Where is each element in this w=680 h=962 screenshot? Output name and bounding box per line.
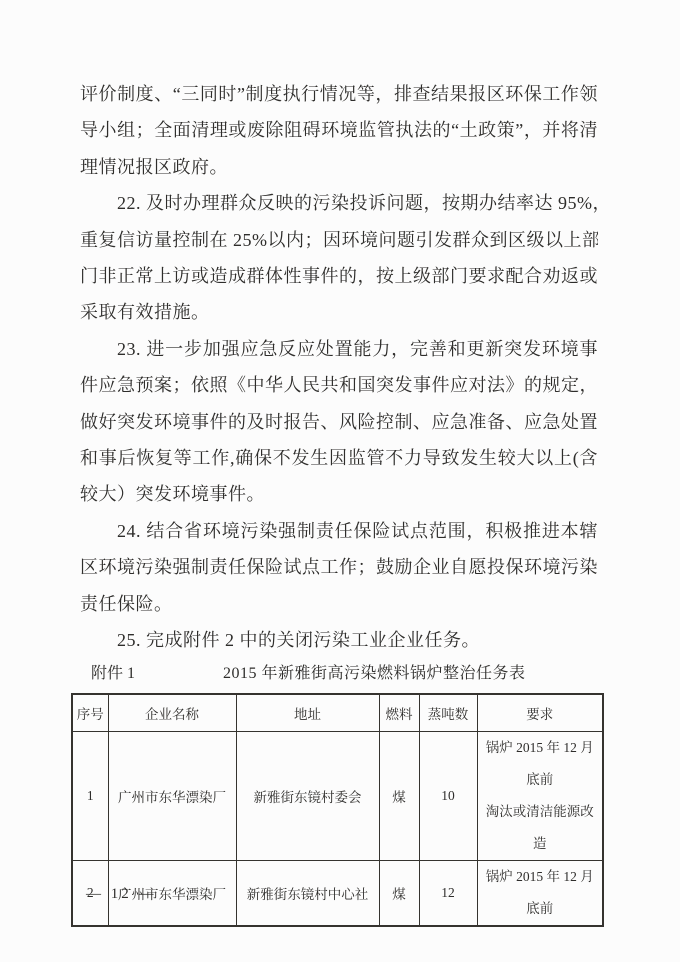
table-cell-address: 新雅街东镜村委会 xyxy=(236,731,379,860)
body-line: 评价制度、“三同时”制度执行情况等，排查结果报区环保工作领 xyxy=(80,76,598,112)
document-page: 评价制度、“三同时”制度执行情况等，排查结果报区环保工作领导小组；全面清理或废除… xyxy=(0,0,680,962)
body-text: 评价制度、“三同时”制度执行情况等，排查结果报区环保工作领导小组；全面清理或废除… xyxy=(80,76,598,659)
table-cell-tonnage: 10 xyxy=(419,731,477,860)
attachment-label: 附件 1 xyxy=(91,660,135,683)
table-cell-requirement: 锅炉 2015 年 12 月底前淘汰或清洁能源改造 xyxy=(477,731,603,860)
body-line: 做好突发环境事件的及时报告、风险控制、应急准备、应急处置 xyxy=(80,404,598,440)
page-number: — 12 — xyxy=(86,886,157,903)
body-line: 和事后恢复等工作,确保不发生因监管不力导致发生较大以上(含 xyxy=(80,440,598,476)
table-header-row: 序号企业名称地址燃料蒸吨数要求 xyxy=(72,694,603,731)
table-cell-fuel: 煤 xyxy=(379,731,419,860)
body-line: 门非正常上访或造成群体性事件的，按上级部门要求配合劝返或 xyxy=(80,258,598,294)
body-line: 24. 结合省环境污染强制责任保险试点范围，积极推进本辖 xyxy=(80,513,598,549)
table-header-cell: 地址 xyxy=(236,694,379,731)
attachment-caption-row: 附件 1 2015 年新雅街高污染燃料锅炉整治任务表 xyxy=(71,660,602,684)
table-header-cell: 企业名称 xyxy=(108,694,236,731)
table-cell-fuel: 煤 xyxy=(379,860,419,926)
body-line: 22. 及时办理群众反映的污染投诉问题，按期办结率达 95%， xyxy=(80,185,598,221)
table-header-cell: 燃料 xyxy=(379,694,419,731)
requirement-line: 淘汰或清洁能源改造 xyxy=(481,796,600,860)
body-line: 25. 完成附件 2 中的关闭污染工业企业任务。 xyxy=(80,622,598,658)
body-line: 件应急预案；依照《中华人民共和国突发事件应对法》的规定， xyxy=(80,367,598,403)
table-cell-tonnage: 12 xyxy=(419,860,477,926)
table-cell-seq: 1 xyxy=(72,731,108,860)
body-line: 理情况报区政府。 xyxy=(80,149,598,185)
table-header-cell: 要求 xyxy=(477,694,603,731)
body-line: 区环境污染强制责任保险试点工作；鼓励企业自愿投保环境污染 xyxy=(80,549,598,585)
body-line: 23. 进一步加强应急反应处置能力，完善和更新突发环境事 xyxy=(80,331,598,367)
body-line: 重复信访量控制在 25%以内；因环境问题引发群众到区级以上部 xyxy=(80,222,598,258)
table-header-cell: 蒸吨数 xyxy=(419,694,477,731)
requirement-line: 锅炉 2015 年 12 月底前 xyxy=(481,861,600,925)
body-line: 采取有效措施。 xyxy=(80,294,598,330)
table-header-cell: 序号 xyxy=(72,694,108,731)
body-line: 导小组；全面清理或废除阻碍环境监管执法的“土政策”，并将清 xyxy=(80,112,598,148)
table-title: 2015 年新雅街高污染燃料锅炉整治任务表 xyxy=(223,660,526,683)
table-row: 1广州市东华漂染厂新雅街东镜村委会煤10锅炉 2015 年 12 月底前淘汰或清… xyxy=(72,731,603,860)
table-cell-company: 广州市东华漂染厂 xyxy=(108,731,236,860)
table-cell-requirement: 锅炉 2015 年 12 月底前 xyxy=(477,860,603,926)
body-line: 较大）突发环境事件。 xyxy=(80,476,598,512)
body-line: 责任保险。 xyxy=(80,586,598,622)
table-cell-address: 新雅街东镜村中心社 xyxy=(236,860,379,926)
requirement-line: 锅炉 2015 年 12 月底前 xyxy=(481,732,600,796)
